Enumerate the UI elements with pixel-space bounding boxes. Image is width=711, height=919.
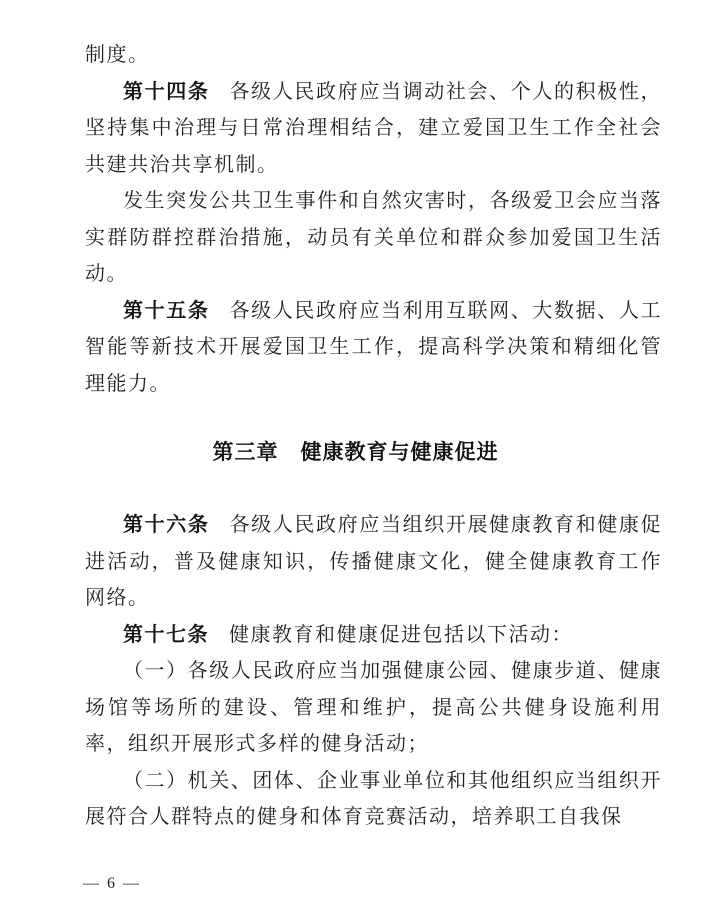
paragraph: 发生突发公共卫生事件和自然灾害时，各级爱卫会应当落实群防群控群治措施，动员有关单… (85, 183, 662, 293)
paragraph: 制度。 (85, 37, 662, 74)
article-number: 第十六条 (123, 514, 210, 536)
paragraph: 第十四条各级人民政府应当调动社会、个人的积极性，坚持集中治理与日常治理相结合，建… (85, 74, 662, 184)
paragraph: （二）机关、团体、企业事业单位和其他组织应当组织开展符合人群特点的健身和体育竞赛… (85, 763, 662, 836)
paragraph-text: （二）机关、团体、企业事业单位和其他组织应当组织开展符合人群特点的健身和体育竞赛… (85, 770, 662, 829)
paragraph: 第十五条各级人民政府应当利用互联网、大数据、人工智能等新技术开展爱国卫生工作，提… (85, 293, 662, 403)
paragraph-text: （一）各级人民政府应当加强健康公园、健康步道、健康场馆等场所的建设、管理和维护，… (85, 660, 662, 755)
document-body: 制度。 第十四条各级人民政府应当调动社会、个人的积极性，坚持集中治理与日常治理相… (85, 37, 662, 836)
document-page: 制度。 第十四条各级人民政府应当调动社会、个人的积极性，坚持集中治理与日常治理相… (0, 0, 711, 919)
paragraph: 第十六条各级人民政府应当组织开展健康教育和健康促进活动，普及健康知识，传播健康文… (85, 507, 662, 617)
chapter-heading: 第三章 健康教育与健康促进 (0, 439, 711, 467)
paragraph-text: 制度。 (85, 44, 150, 66)
paragraph-text: 发生突发公共卫生事件和自然灾害时，各级爱卫会应当落实群防群控群治措施，动员有关单… (85, 190, 662, 285)
article-number: 第十五条 (123, 300, 210, 322)
article-number: 第十七条 (123, 624, 209, 646)
article-number: 第十四条 (123, 81, 210, 103)
paragraph: （一）各级人民政府应当加强健康公园、健康步道、健康场馆等场所的建设、管理和维护，… (85, 653, 662, 763)
page-number: — 6 — (83, 874, 141, 894)
paragraph: 第十七条健康教育和健康促进包括以下活动： (85, 617, 662, 654)
paragraph-text: 健康教育和健康促进包括以下活动： (229, 624, 573, 646)
